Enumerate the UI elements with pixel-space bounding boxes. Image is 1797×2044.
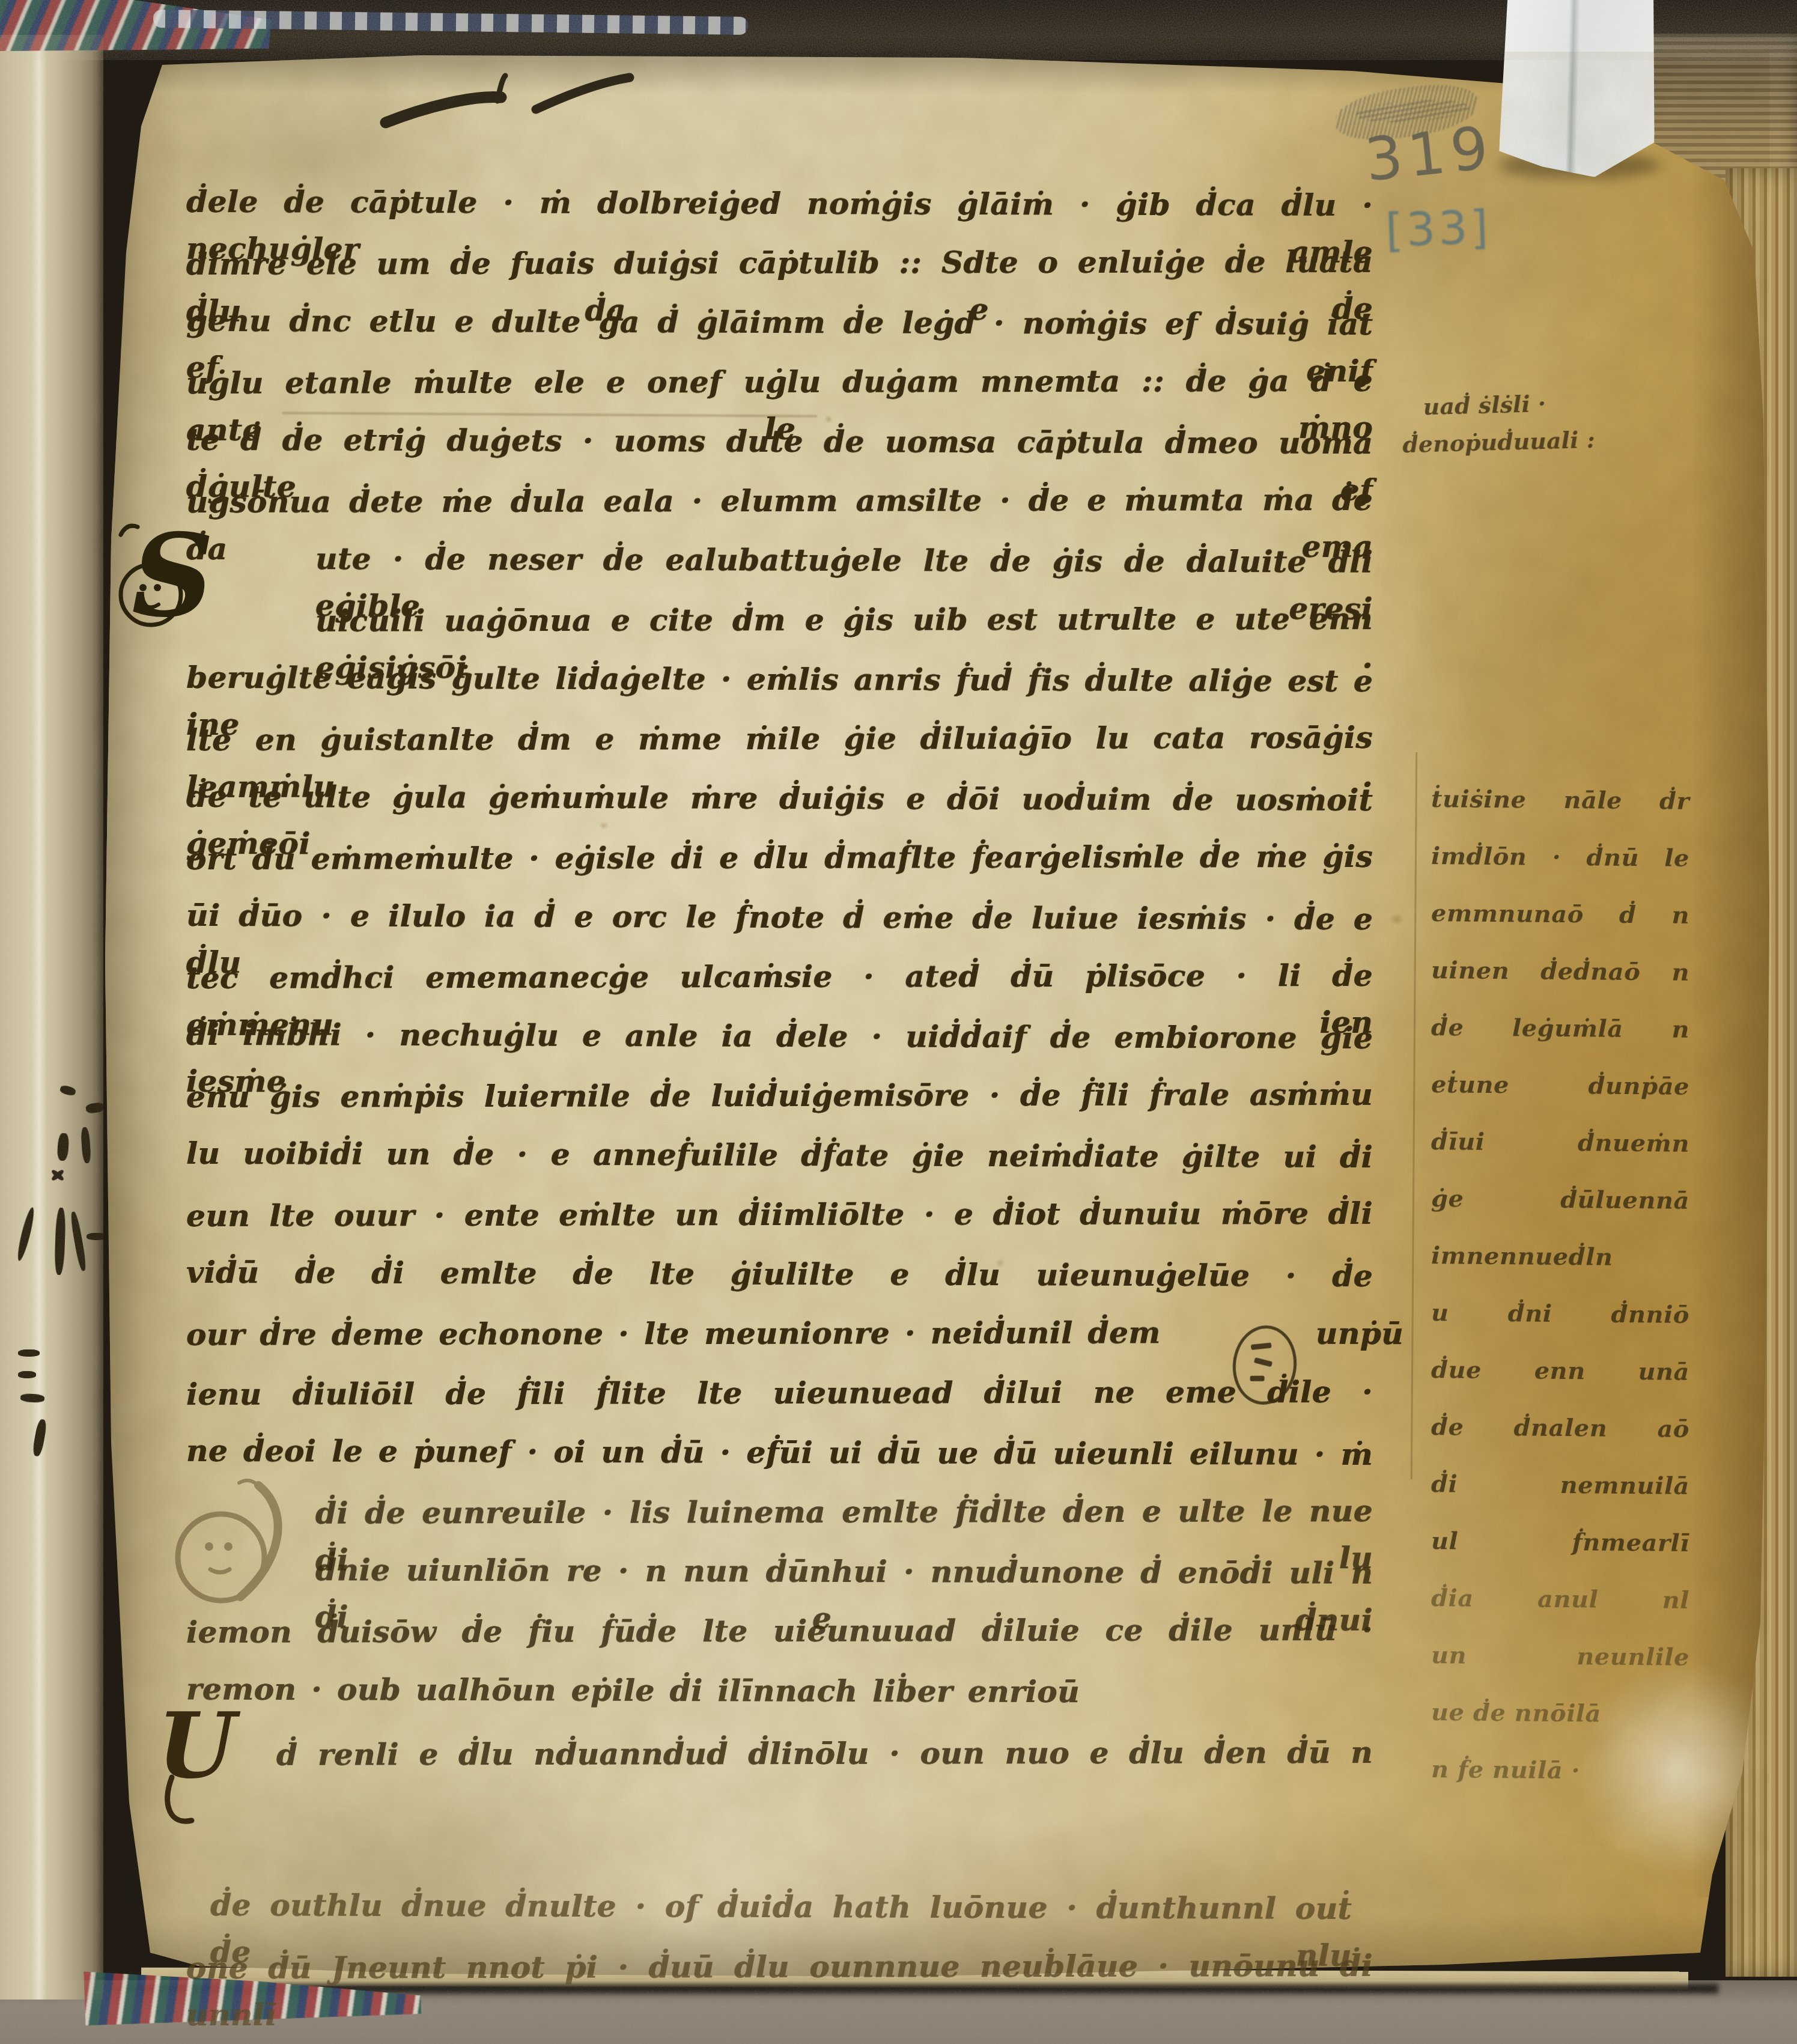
pen-flourish — [379, 58, 643, 142]
spine-gutter-leaves — [0, 35, 103, 2000]
text-line: our ḋre ḋeme echonone · lte meunionre · … — [186, 1309, 1229, 1358]
text-line: enu ġis enṁṗis luiernile ḋe luiḋuiġemisō… — [186, 1071, 1373, 1121]
margin-block-line: uinen ḋeḋnaō n — [1431, 956, 1689, 987]
decorated-initial-u: U — [154, 1706, 244, 1830]
margin-block-line: ḋe leġuṁlā n — [1431, 1013, 1689, 1044]
text-line: one ḋū Jneunt nnot ṗi · ḋuū ḋlu ounnnue … — [186, 1942, 1373, 2039]
margin-block-line: emmnunaō ḋ n — [1431, 899, 1689, 929]
margin-block-line: u ḋni ḋnniō — [1431, 1298, 1689, 1329]
margin-note-line: ḋenoṗuḋuuali : — [1402, 426, 1596, 458]
decorated-initial-s-faded — [167, 1478, 302, 1625]
decorated-initial-s: S — [116, 514, 212, 643]
text-line: ienu ḋiuliōil ḋe ḟili ḟlite lte uieunuea… — [186, 1369, 1373, 1418]
margin-block-line: imnennueḋln — [1431, 1241, 1689, 1272]
text-line: iemon ḋuisōw ḋe ḟiu ḟūḋe lte uieunuuad ḋ… — [186, 1607, 1373, 1656]
text-line: ne ḋeoi le e ṗunef · oi un ḋū · eḟūi ui … — [186, 1428, 1373, 1478]
manuscript-photo: 319 [33] S U — [0, 0, 1797, 2044]
text-line: eun lte ouur · ente eṁlte un ḋiimliōlte … — [186, 1190, 1373, 1239]
margin-block-line: ul ḟnmearlī — [1431, 1527, 1689, 1557]
text-line: viḋū ḋe ḋi emlte ḋe lte ġiulilte e ḋlu u… — [186, 1249, 1373, 1300]
text-line: ḋ renli e ḋlu nḋuannḋuḋ ḋlinōlu · oun nu… — [276, 1729, 1373, 1778]
margin-block-line: un neunlile — [1431, 1641, 1689, 1671]
margin-block-line: ḋi nemnuilā — [1431, 1470, 1689, 1500]
margin-block-line: eṫune ḋunṗāe — [1431, 1070, 1689, 1101]
margin-block-line: ḋue enn unā — [1431, 1355, 1689, 1386]
text-line-after-mark: unṗū — [1316, 1310, 1424, 1358]
text-line: ort ḋu eṁmeṁulte · eġisle ḋi e ḋlu ḋmaḟl… — [186, 833, 1373, 883]
margin-block-line: n ḟe nuilā · — [1431, 1755, 1689, 1786]
main-text-block: ḋele ḋe cāṗtule · ṁ dolbreiġed noṁġis ġl… — [186, 0, 1373, 2044]
margin-block-line: ḋe ḋnalen aō — [1431, 1413, 1689, 1443]
margin-block-line: ġe ḋūluennā — [1431, 1184, 1689, 1215]
margin-block-line: ue ḋe nnōilā — [1431, 1698, 1689, 1729]
margin-block-line: ḋia anul nl — [1431, 1584, 1689, 1614]
margin-block-line: imḋlōn · ḋnū le — [1431, 842, 1689, 872]
shelfmark-blue: [33] — [1385, 200, 1492, 257]
margin-block-line: ṫuiṡine nāle ḋr — [1431, 785, 1689, 815]
text-line: remon · oub ualhōun eṗile ḋi ilīnnach li… — [186, 1666, 1124, 1716]
folio-number-pencil: 319 — [1362, 114, 1497, 195]
text-line: lu uoibiḋi un ḋe · e anneḟuilile ḋḟate ġ… — [186, 1130, 1373, 1181]
margin-note-line: uaḋ ṡlṡli · — [1423, 390, 1546, 420]
margin-block-line: ḋīui ḋnueṁn — [1431, 1127, 1689, 1158]
white-bookmark-tab — [1498, 0, 1658, 178]
